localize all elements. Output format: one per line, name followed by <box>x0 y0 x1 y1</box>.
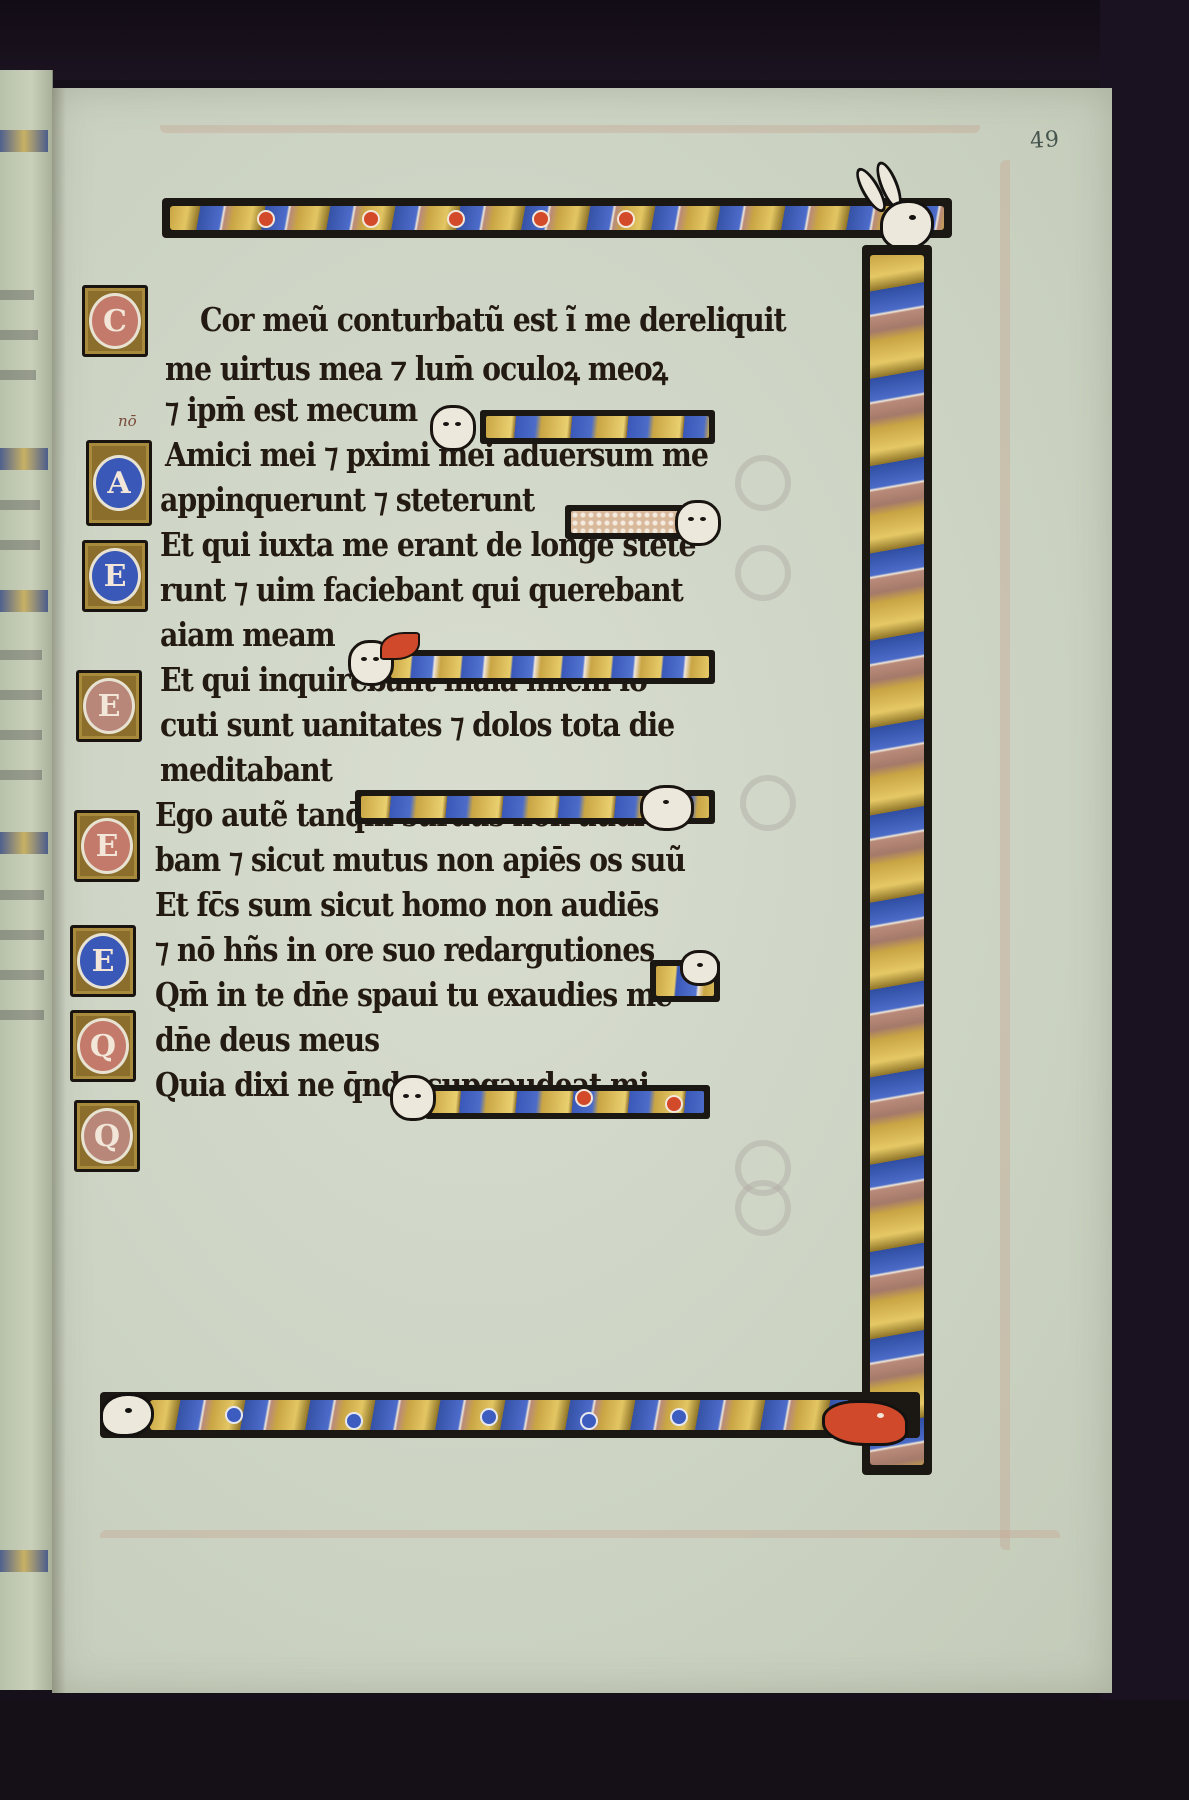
leaf-text-fragment <box>0 650 42 660</box>
border-blue-dot <box>670 1408 688 1426</box>
border-red-dot <box>257 210 275 228</box>
border-red-dot <box>447 210 465 228</box>
leaf-text-fragment <box>0 500 40 510</box>
bird-head-icon <box>680 950 720 986</box>
border-top-bar <box>162 198 952 238</box>
horned-beast-head-icon <box>640 785 694 831</box>
text-line: Qm̄ in te dn̄e spaui tu exaudies me <box>155 975 672 1019</box>
border-vine-pattern <box>170 206 944 230</box>
leaf-text-fragment <box>0 970 44 980</box>
leaf-text-fragment <box>0 330 38 340</box>
grotesque-head-icon <box>100 1393 154 1437</box>
border-blue-dot <box>480 1408 498 1426</box>
leaf-text-fragment <box>0 290 34 300</box>
hooded-head-icon <box>430 405 476 451</box>
leaf-border-fragment <box>0 1550 48 1572</box>
leaf-text-fragment <box>0 770 42 780</box>
border-blue-dot <box>580 1412 598 1430</box>
red-dragon-icon <box>822 1400 908 1446</box>
initial-a: A <box>86 440 152 526</box>
text-line: runt ⁊ uim faciebant qui querebant <box>160 570 683 614</box>
border-vine-pattern <box>870 255 924 1465</box>
gutter-shadow <box>52 88 66 1693</box>
capped-head-icon <box>390 1075 436 1121</box>
bearded-head-icon <box>675 500 721 546</box>
offset-border-bottom <box>100 1530 1060 1558</box>
text-line: ⁊ nō hñs in ore suo redargutiones <box>155 930 654 974</box>
leaf-filler-fragment <box>0 832 48 854</box>
border-red-dot <box>532 210 550 228</box>
initial-q: Q <box>74 1100 140 1172</box>
initial-e: E <box>74 810 140 882</box>
text-line: meditabant <box>160 750 332 794</box>
border-red-dot <box>362 210 380 228</box>
line-filler <box>385 650 715 684</box>
previous-leaf-edge <box>0 70 53 1690</box>
offset-swirl <box>735 455 791 511</box>
text-line: aiam meam <box>160 615 335 659</box>
line-filler <box>425 1085 710 1119</box>
initial-e: E <box>82 540 148 612</box>
text-line: Et fc̄s sum sicut homo non audiēs <box>155 885 658 929</box>
leaf-text-fragment <box>0 930 44 940</box>
leaf-text-fragment <box>0 370 36 380</box>
background-bottom <box>0 1700 1189 1800</box>
folio-number: 49 <box>1029 127 1061 154</box>
background-right <box>1100 0 1189 1800</box>
border-blue-dot <box>345 1412 363 1430</box>
marginal-note: nō <box>118 412 137 430</box>
text-line: me uirtus mea ⁊ lum̄ oculoꝝ meoꝝ <box>165 345 667 389</box>
text-line: cuti sunt uanitates ⁊ dolos tota die <box>160 705 674 749</box>
border-bottom-bar <box>100 1392 920 1438</box>
text-line: ⁊ ipm̄ est mecum <box>165 390 417 434</box>
leaf-text-fragment <box>0 1010 44 1020</box>
offset-border-top <box>160 105 980 133</box>
text-line: appinquerunt ⁊ steterunt <box>160 480 534 524</box>
text-line: Cor meũ conturbatũ est ĩ me dereliquit <box>200 300 786 344</box>
line-filler <box>480 410 715 444</box>
border-blue-dot <box>225 1406 243 1424</box>
leaf-text-fragment <box>0 730 42 740</box>
initial-e: E <box>70 925 136 997</box>
initial-e: E <box>76 670 142 742</box>
leaf-text-fragment <box>0 890 44 900</box>
rabbit-head-icon <box>880 200 934 250</box>
border-red-dot <box>617 210 635 228</box>
leaf-text-fragment <box>0 540 40 550</box>
initial-c: C <box>82 285 148 357</box>
leaf-filler-fragment <box>0 590 48 612</box>
border-right-bar <box>862 245 932 1475</box>
text-line: dn̄e deus meus <box>155 1020 379 1064</box>
background-top <box>0 0 1189 80</box>
leaf-filler-fragment <box>0 448 48 470</box>
offset-swirl <box>740 775 796 831</box>
offset-swirl <box>735 545 791 601</box>
offset-border-right <box>1000 160 1024 1550</box>
border-vine-pattern <box>150 1400 850 1430</box>
leaf-text-fragment <box>0 690 42 700</box>
offset-swirl <box>735 1180 791 1236</box>
text-line: bam ⁊ sicut mutus non apiēs os suũ <box>155 840 685 884</box>
leaf-border-fragment <box>0 130 48 152</box>
initial-q: Q <box>70 1010 136 1082</box>
